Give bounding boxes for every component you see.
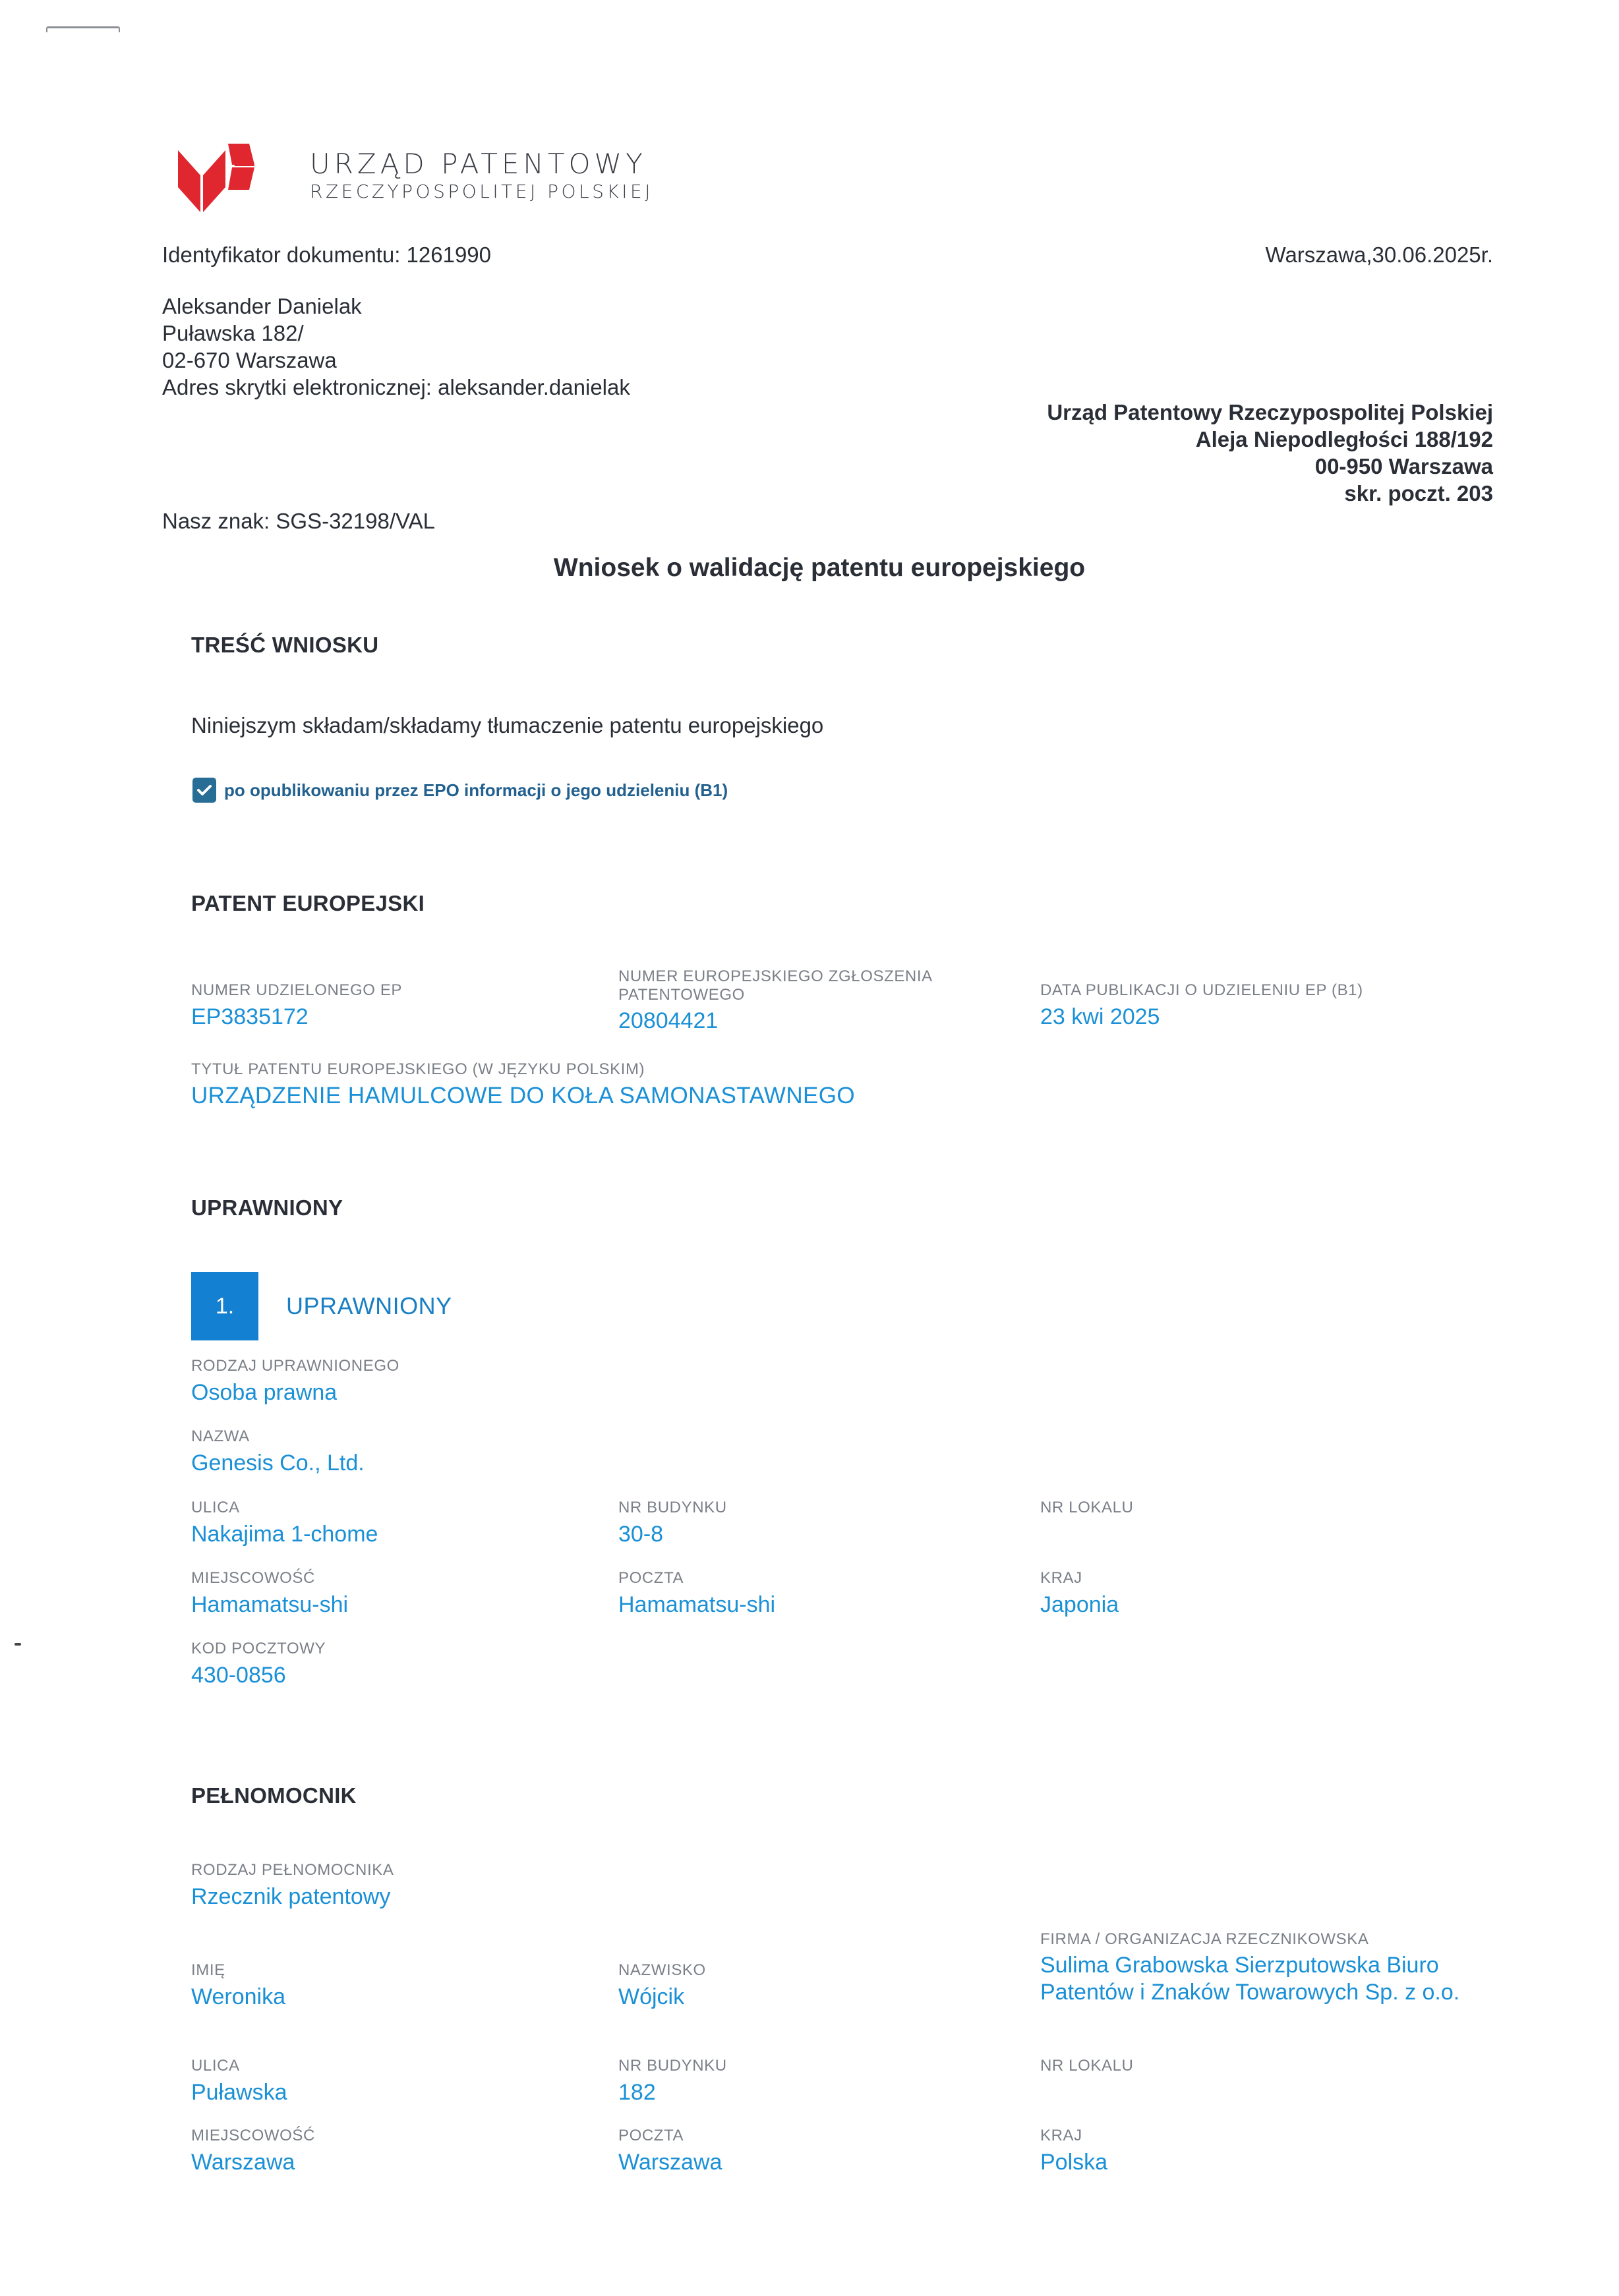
section-heading-patent: PATENT EUROPEJSKI bbox=[191, 891, 425, 916]
field-label: RODZAJ UPRAWNIONEGO bbox=[191, 1356, 399, 1376]
scan-artifact bbox=[15, 1643, 21, 1646]
request-statement: Niniejszym składam/składamy tłumaczenie … bbox=[191, 713, 823, 738]
field-label: KRAJ bbox=[1040, 1568, 1475, 1588]
field-label: FIRMA / ORGANIZACJA RZECZNIKOWSKA bbox=[1040, 1930, 1462, 1949]
field-label: ULICA bbox=[191, 2056, 287, 2076]
sender-street: Puławska 182/ bbox=[162, 320, 630, 347]
field-attorney-type: RODZAJ PEŁNOMOCNIKA Rzecznik patentowy bbox=[191, 1860, 394, 1910]
field-patent-title: TYTUŁ PATENTU EUROPEJSKIEGO (W JĘZYKU PO… bbox=[191, 1060, 855, 1110]
recipient-name: Urząd Patentowy Rzeczypospolitej Polskie… bbox=[1047, 399, 1493, 426]
field-proprietor-unit: NR LOKALU bbox=[1040, 1498, 1475, 1520]
field-value: 23 kwi 2025 bbox=[1040, 1003, 1475, 1031]
field-proprietor-type: RODZAJ UPRAWNIONEGO Osoba prawna bbox=[191, 1356, 399, 1406]
field-proprietor-name: NAZWA Genesis Co., Ltd. bbox=[191, 1427, 365, 1477]
field-value: Polska bbox=[1040, 2148, 1475, 2176]
field-attorney-country: KRAJ Polska bbox=[1040, 2126, 1475, 2176]
field-value: Genesis Co., Ltd. bbox=[191, 1449, 365, 1477]
b1-checkbox-label: po opublikowaniu przez EPO informacji o … bbox=[224, 780, 728, 801]
b1-checkbox[interactable] bbox=[192, 778, 216, 803]
field-proprietor-country: KRAJ Japonia bbox=[1040, 1568, 1475, 1619]
field-value: Wójcik bbox=[618, 1983, 706, 2011]
field-value: 20804421 bbox=[618, 1007, 987, 1035]
field-value: Hamamatsu-shi bbox=[618, 1591, 775, 1619]
field-attorney-city: MIEJSCOWOŚĆ Warszawa bbox=[191, 2126, 315, 2176]
logo-subtitle: RZECZYPOSPOLITEJ POLSKIEJ bbox=[310, 181, 653, 203]
logo-title: URZĄD PATENTOWY bbox=[310, 148, 653, 181]
field-value: Puławska bbox=[191, 2079, 287, 2106]
field-value: 30-8 bbox=[618, 1520, 727, 1548]
sender-name: Aleksander Danielak bbox=[162, 293, 630, 320]
field-value: Rzecznik patentowy bbox=[191, 1883, 394, 1910]
field-proprietor-city: MIEJSCOWOŚĆ Hamamatsu-shi bbox=[191, 1568, 348, 1619]
field-value: Nakajima 1-chome bbox=[191, 1520, 378, 1548]
field-proprietor-post-office: POCZTA Hamamatsu-shi bbox=[618, 1568, 775, 1619]
field-label: RODZAJ PEŁNOMOCNIKA bbox=[191, 1860, 394, 1880]
field-label: ULICA bbox=[191, 1498, 378, 1518]
field-application-number: NUMER EUROPEJSKIEGO ZGŁOSZENIA PATENTOWE… bbox=[618, 967, 987, 1035]
section-heading-request: TREŚĆ WNIOSKU bbox=[191, 633, 378, 658]
field-attorney-firm: FIRMA / ORGANIZACJA RZECZNIKOWSKA Sulima… bbox=[1040, 1930, 1462, 2006]
recipient-street: Aleja Niepodległości 188/192 bbox=[1047, 426, 1493, 453]
field-label: POCZTA bbox=[618, 2126, 722, 2146]
field-value: EP3835172 bbox=[191, 1003, 402, 1031]
field-label: TYTUŁ PATENTU EUROPEJSKIEGO (W JĘZYKU PO… bbox=[191, 1060, 855, 1079]
sender-address: Aleksander Danielak Puławska 182/ 02-670… bbox=[162, 293, 630, 401]
field-label: NAZWISKO bbox=[618, 1961, 706, 1980]
field-label: POCZTA bbox=[618, 1568, 775, 1588]
field-value: Osoba prawna bbox=[191, 1379, 399, 1406]
entry-number-badge: 1. bbox=[191, 1272, 258, 1340]
field-label: NR LOKALU bbox=[1040, 1498, 1475, 1518]
b1-checkbox-row[interactable]: po opublikowaniu przez EPO informacji o … bbox=[192, 778, 728, 803]
sender-eInbox: Adres skrytki elektronicznej: aleksander… bbox=[162, 374, 630, 401]
field-proprietor-postal-code: KOD POCZTOWY 430-0856 bbox=[191, 1639, 326, 1689]
field-proprietor-building: NR BUDYNKU 30-8 bbox=[618, 1498, 727, 1548]
field-label: MIEJSCOWOŚĆ bbox=[191, 2126, 315, 2146]
field-attorney-street: ULICA Puławska bbox=[191, 2056, 287, 2106]
field-label: NR LOKALU bbox=[1040, 2056, 1475, 2076]
recipient-city: 00-950 Warszawa bbox=[1047, 453, 1493, 480]
document-title: Wniosek o walidację patentu europejskieg… bbox=[0, 554, 1619, 583]
document-id: Identyfikator dokumentu: 1261990 bbox=[162, 241, 491, 268]
scan-artifact bbox=[46, 26, 120, 32]
field-attorney-post-office: POCZTA Warszawa bbox=[618, 2126, 722, 2176]
section-heading-attorney: PEŁNOMOCNIK bbox=[191, 1783, 357, 1808]
our-reference: Nasz znak: SGS-32198/VAL bbox=[162, 507, 435, 534]
checkmark-icon bbox=[196, 784, 212, 797]
field-attorney-last-name: NAZWISKO Wójcik bbox=[618, 1961, 706, 2011]
field-value: Japonia bbox=[1040, 1591, 1475, 1619]
field-value: Warszawa bbox=[618, 2148, 722, 2176]
sender-city: 02-670 Warszawa bbox=[162, 347, 630, 374]
field-value: Warszawa bbox=[191, 2148, 315, 2176]
field-label: IMIĘ bbox=[191, 1961, 285, 1980]
place-date: Warszawa,30.06.2025r. bbox=[1266, 241, 1493, 268]
upo-logo: URZĄD PATENTOWY RZECZYPOSPOLITEJ POLSKIE… bbox=[175, 141, 653, 214]
field-label: MIEJSCOWOŚĆ bbox=[191, 1568, 348, 1588]
field-label: NR BUDYNKU bbox=[618, 1498, 727, 1518]
field-label: KRAJ bbox=[1040, 2126, 1475, 2146]
field-attorney-first-name: IMIĘ Weronika bbox=[191, 1961, 285, 2011]
recipient-address: Urząd Patentowy Rzeczypospolitej Polskie… bbox=[1047, 399, 1493, 507]
field-label: DATA PUBLIKACJI O UDZIELENIU EP (B1) bbox=[1040, 981, 1475, 1000]
field-value: URZĄDZENIE HAMULCOWE DO KOŁA SAMONASTAWN… bbox=[191, 1082, 855, 1110]
upo-emblem-icon bbox=[175, 141, 254, 214]
section-heading-proprietor: UPRAWNIONY bbox=[191, 1195, 343, 1220]
field-label: KOD POCZTOWY bbox=[191, 1639, 326, 1659]
field-value: Hamamatsu-shi bbox=[191, 1591, 348, 1619]
field-value: Weronika bbox=[191, 1983, 285, 2011]
field-proprietor-street: ULICA Nakajima 1-chome bbox=[191, 1498, 378, 1548]
field-label: NR BUDYNKU bbox=[618, 2056, 727, 2076]
field-value: 430-0856 bbox=[191, 1661, 326, 1689]
proprietor-entry-header: 1. UPRAWNIONY bbox=[191, 1272, 452, 1340]
field-value: 182 bbox=[618, 2079, 727, 2106]
field-attorney-unit: NR LOKALU bbox=[1040, 2056, 1475, 2079]
field-value: Sulima Grabowska Sierzputowska Biuro Pat… bbox=[1040, 1952, 1462, 2006]
field-label: NUMER EUROPEJSKIEGO ZGŁOSZENIA PATENTOWE… bbox=[618, 967, 987, 1004]
field-label: NUMER UDZIELONEGO EP bbox=[191, 981, 402, 1000]
field-attorney-building: NR BUDYNKU 182 bbox=[618, 2056, 727, 2106]
field-publication-date: DATA PUBLIKACJI O UDZIELENIU EP (B1) 23 … bbox=[1040, 981, 1475, 1031]
field-label: NAZWA bbox=[191, 1427, 365, 1447]
recipient-pobox: skr. poczt. 203 bbox=[1047, 480, 1493, 507]
entry-title: UPRAWNIONY bbox=[286, 1292, 452, 1320]
field-ep-number: NUMER UDZIELONEGO EP EP3835172 bbox=[191, 981, 402, 1031]
